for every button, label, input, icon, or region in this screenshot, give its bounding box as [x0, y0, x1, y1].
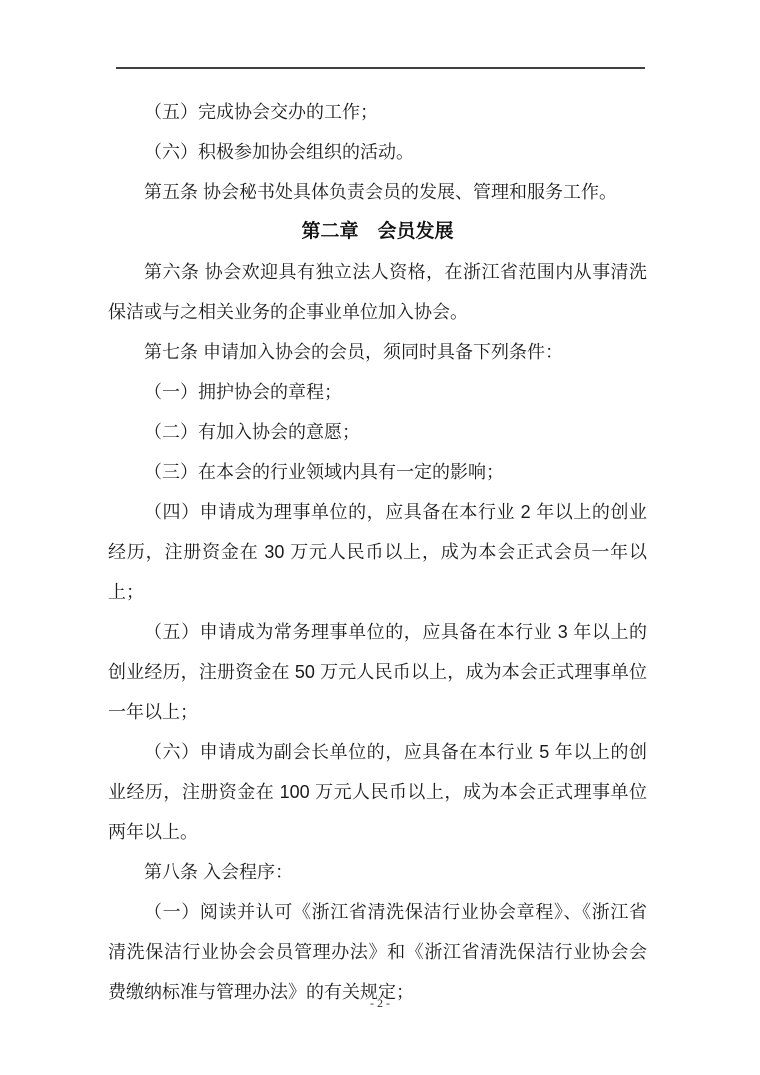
paragraph-condition-5: （五）申请成为常务理事单位的，应具备在本行业 3 年以上的创业经历，注册资金在 …: [108, 612, 647, 732]
paragraph-condition-4: （四）申请成为理事单位的，应具备在本行业 2 年以上的创业经历，注册资金在 30…: [108, 492, 647, 612]
document-page: （五）完成协会交办的工作； （六）积极参加协会组织的活动。 第五条 协会秘书处具…: [0, 0, 760, 1075]
paragraph-item-5-duty: （五）完成协会交办的工作；: [108, 92, 647, 132]
page-number: - 2 -: [0, 995, 760, 1011]
paragraph-condition-1: （一）拥护协会的章程；: [108, 372, 647, 412]
document-body: （五）完成协会交办的工作； （六）积极参加协会组织的活动。 第五条 协会秘书处具…: [108, 92, 647, 1012]
paragraph-article-7: 第七条 申请加入协会的会员，须同时具备下列条件：: [108, 332, 647, 372]
paragraph-item-6-duty: （六）积极参加协会组织的活动。: [108, 132, 647, 172]
paragraph-article-6: 第六条 协会欢迎具有独立法人资格，在浙江省范围内从事清洗保洁或与之相关业务的企事…: [108, 252, 647, 332]
paragraph-article-8: 第八条 入会程序：: [108, 852, 647, 892]
paragraph-condition-2: （二）有加入协会的意愿；: [108, 412, 647, 452]
chapter-2-heading: 第二章 会员发展: [108, 212, 647, 252]
paragraph-article-5: 第五条 协会秘书处具体负责会员的发展、管理和服务工作。: [108, 172, 647, 212]
paragraph-condition-6: （六）申请成为副会长单位的，应具备在本行业 5 年以上的创业经历，注册资金在 1…: [108, 732, 647, 852]
paragraph-condition-3: （三）在本会的行业领域内具有一定的影响；: [108, 452, 647, 492]
paragraph-procedure-1: （一）阅读并认可《浙江省清洗保洁行业协会章程》、《浙江省清洗保洁行业协会会员管理…: [108, 892, 647, 1012]
header-rule: [116, 67, 645, 69]
